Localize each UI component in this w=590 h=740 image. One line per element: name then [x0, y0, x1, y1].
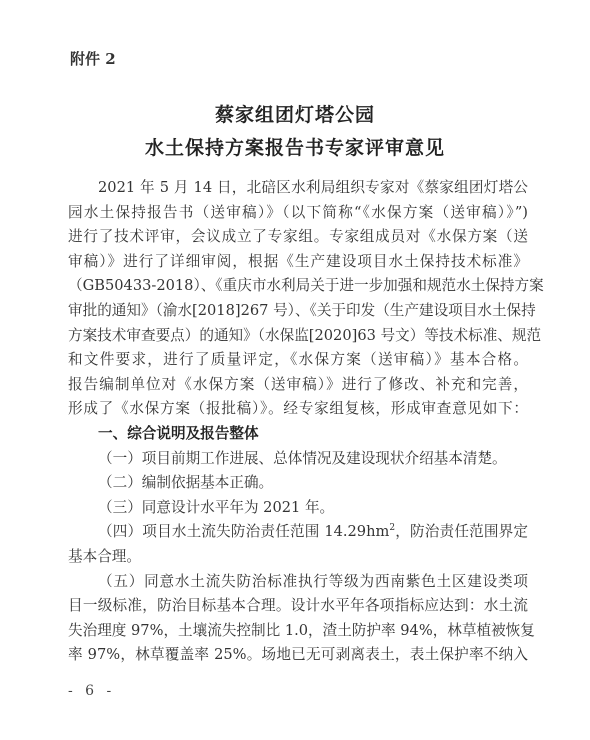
page-number: - 6 -: [68, 683, 115, 699]
list-item-text: （四）项目水土流失防治责任范围 14.29hm: [98, 523, 389, 540]
document-title-line2: 水土保持方案报告书专家评审意见: [0, 133, 590, 160]
paragraph-line: 园水土保持报告书（送审稿）》（以下简称“《水保方案（送审稿）》”): [68, 201, 528, 226]
paragraph-line: 2021 年 5 月 14 日，北碚区水利局组织专家对《蔡家组团灯塔公: [68, 176, 528, 201]
document-title-line1: 蔡家组团灯塔公园: [0, 100, 590, 127]
attachment-label: 附件 2: [70, 48, 116, 69]
paragraph-line: 和文件要求，进行了质量评定，《水保方案（送审稿）》基本合格。: [68, 348, 528, 373]
list-item-text: ，防治责任范围界定: [395, 523, 528, 540]
list-item: （三）同意设计水平年为 2021 年。: [68, 496, 528, 521]
list-item: （二）编制依据基本正确。: [68, 471, 528, 496]
section-heading: 一、综合说明及报告整体: [68, 422, 528, 447]
list-item-continuation: 基本合理。: [68, 545, 528, 570]
paragraph-line: 审稿）》进行了详细审阅，根据《生产建设项目水土保持技术标准》: [68, 250, 528, 275]
document-body: 2021 年 5 月 14 日，北碚区水利局组织专家对《蔡家组团灯塔公 园水土保…: [68, 176, 528, 668]
list-item-continuation: 率 97%，林草覆盖率 25%。场地已无可剥离表土，表土保护率不纳入: [68, 643, 528, 668]
list-item: （四）项目水土流失防治责任范围 14.29hm2，防治责任范围界定: [68, 520, 528, 545]
paragraph-line: 审批的通知》（渝水[2018]267 号）、《关于印发（生产建设项目水土保持: [68, 299, 528, 324]
list-item-continuation: 失治理度 97%，土壤流失控制比 1.0，渣土防护率 94%，林草植被恢复: [68, 619, 528, 644]
paragraph-line: 形成了《水保方案（报批稿）》。经专家组复核，形成审查意见如下：: [68, 397, 528, 422]
paragraph-line: 方案技术审查要点）的通知》（水保监[2020]63 号文）等技术标准、规范: [68, 324, 528, 349]
paragraph-line: 报告编制单位对《水保方案（送审稿）》进行了修改、补充和完善，: [68, 373, 528, 398]
list-item-continuation: 目一级标准，防治目标基本合理。设计水平年各项指标应达到：水土流: [68, 594, 528, 619]
list-item: （五）同意水土流失防治标准执行等级为西南紫色土区建设类项: [68, 570, 528, 595]
paragraph-line: （GB50433-2018）、《重庆市水利局关于进一步加强和规范水土保持方案: [68, 274, 528, 299]
paragraph-line: 进行了技术评审，会议成立了专家组。专家组成员对《水保方案（送: [68, 225, 528, 250]
list-item: （一）项目前期工作进展、总体情况及建设现状介绍基本清楚。: [68, 447, 528, 472]
